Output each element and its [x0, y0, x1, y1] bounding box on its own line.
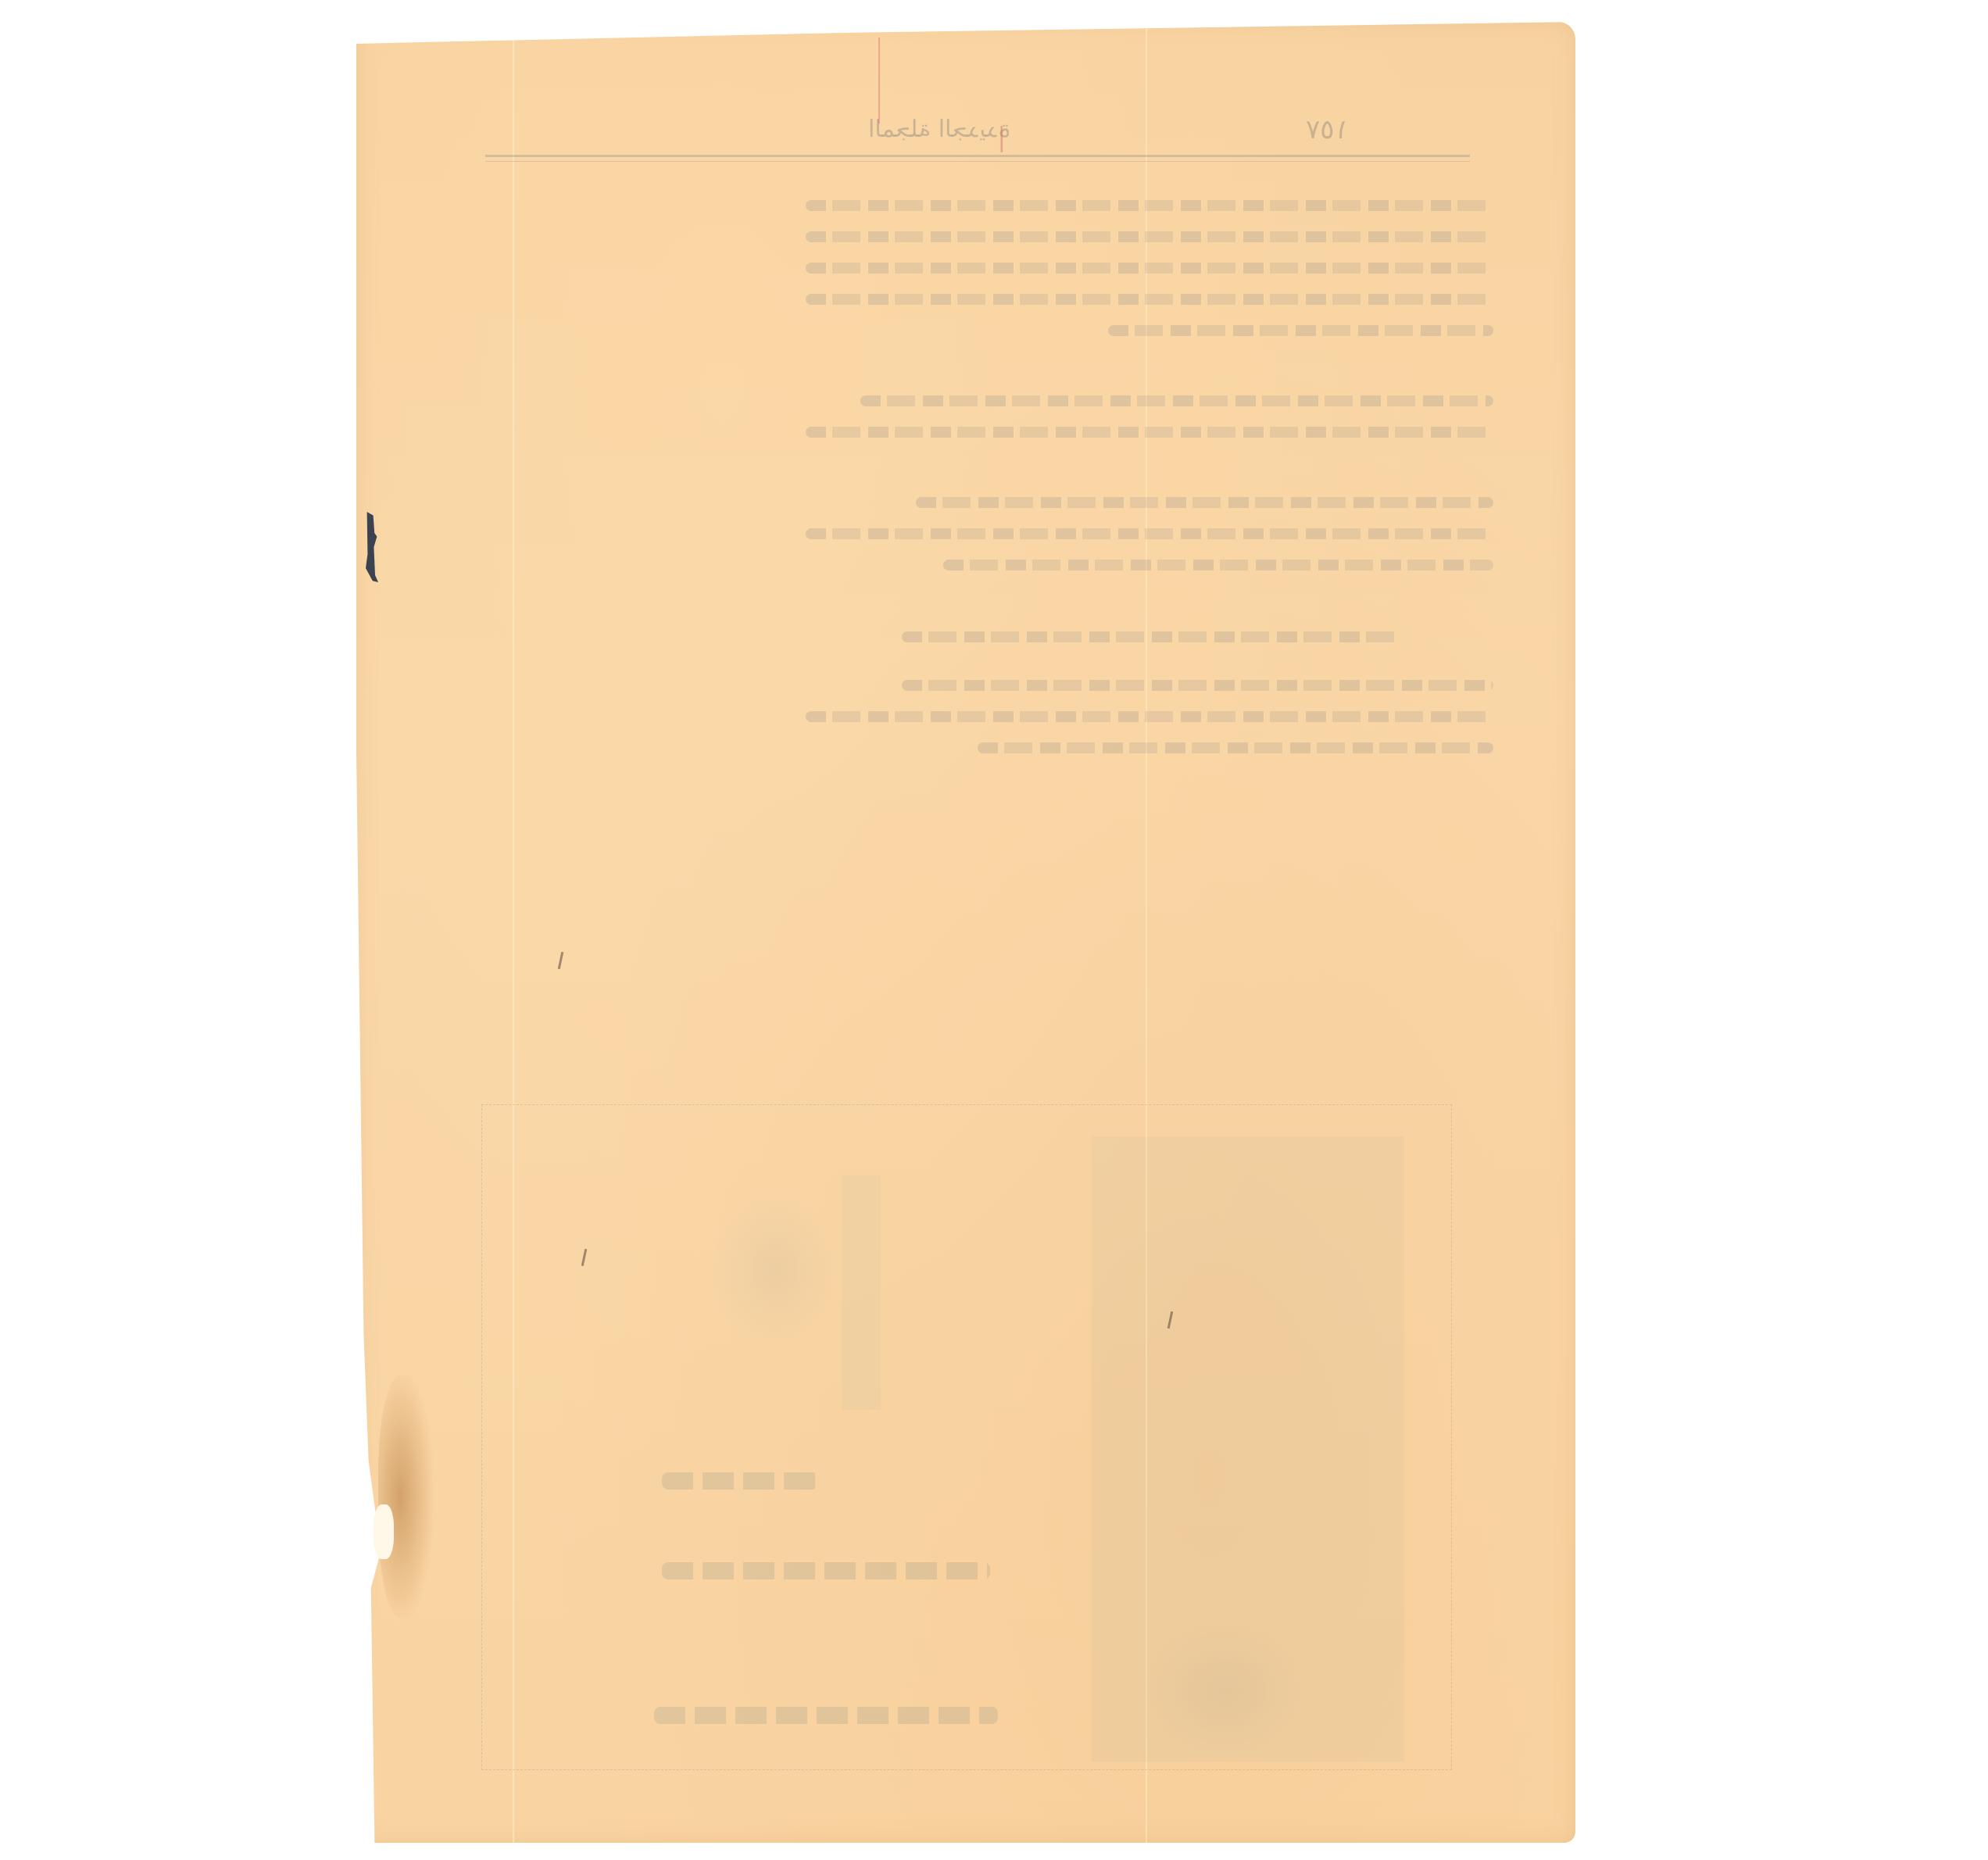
red-pencil-mark — [878, 38, 880, 123]
text-line — [943, 560, 1493, 571]
text-line — [806, 231, 1493, 242]
paper-tear — [374, 1504, 394, 1559]
header-rule-thin — [485, 161, 1470, 162]
text-line — [1108, 325, 1493, 336]
text-line — [902, 631, 1397, 642]
water-stain — [378, 1375, 433, 1618]
ghost-caption — [662, 1472, 818, 1490]
text-line — [806, 263, 1493, 274]
text-line — [806, 200, 1493, 211]
bleed-paragraph-5 — [806, 680, 1493, 774]
text-line — [902, 680, 1493, 691]
ghost-caption — [662, 1562, 990, 1579]
ghost-portrait — [709, 1191, 842, 1347]
scan-background: ١٥٧ المجلة الجديدة | — [0, 0, 1988, 1860]
ghost-shape — [842, 1175, 881, 1410]
text-line — [860, 395, 1493, 406]
text-line — [806, 294, 1493, 305]
bleed-paragraph-2 — [806, 395, 1493, 458]
ghost-portrait — [1139, 1621, 1310, 1762]
bleed-running-title: المجلة الجديدة — [868, 116, 1010, 143]
bleed-paragraph-4 — [806, 631, 1493, 663]
bleed-header-marker: | — [997, 122, 1006, 153]
text-line — [806, 711, 1493, 722]
header-rule — [485, 155, 1470, 157]
paper-page: ١٥٧ المجلة الجديدة | — [356, 22, 1575, 1843]
text-line — [916, 497, 1493, 508]
paper-speck — [558, 952, 564, 969]
bleed-figure-frame — [481, 1104, 1452, 1770]
bleed-page-number: ١٥٧ — [1306, 114, 1349, 145]
text-line — [978, 742, 1493, 753]
bleed-paragraph-3 — [806, 497, 1493, 591]
text-line — [806, 427, 1493, 438]
bleed-paragraph-1 — [806, 200, 1493, 356]
text-line — [806, 528, 1493, 539]
ghost-caption — [654, 1707, 998, 1724]
